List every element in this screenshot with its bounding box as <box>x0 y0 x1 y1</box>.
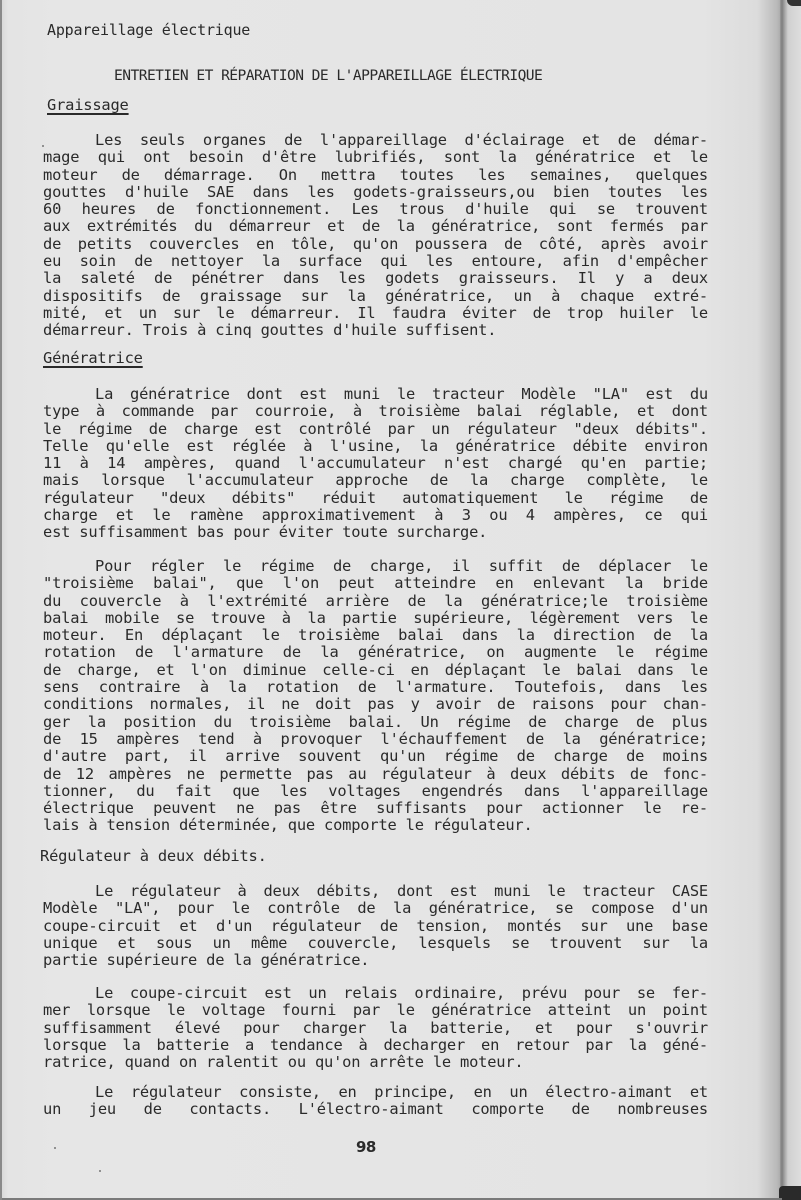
text-line: mais lorsque l'accumulateur approche de … <box>43 472 708 489</box>
paragraph-regulateur-3: Le régulateur consiste, en principe, en … <box>43 1084 708 1119</box>
text-line: Les seuls organes de l'appareillage d'éc… <box>43 132 708 149</box>
text-line: ratrice, quand on ralentit ou qu'on arrê… <box>43 1054 708 1071</box>
text-line: de charge, et l'on diminue celle-ci en d… <box>43 662 708 679</box>
text-line: partie supérieure de la génératrice. <box>43 952 708 969</box>
scan-speck <box>42 145 44 147</box>
text-line: de 12 ampères ne permette pas au régulat… <box>43 766 708 783</box>
text-line: un jeu de contacts. L'électro-aimant com… <box>43 1101 708 1118</box>
text-line: 11 à 14 ampères, quand l'accumulateur n'… <box>43 455 708 472</box>
paragraph-graissage-1: Les seuls organes de l'appareillage d'éc… <box>43 132 708 340</box>
text-line: eu soin de nettoyer la surface qui les e… <box>43 253 708 270</box>
text-line: Le coupe-circuit est un relais ordinaire… <box>43 985 708 1002</box>
scan-corner-bottom <box>779 1186 801 1200</box>
scan-speck <box>99 1170 101 1172</box>
text-line: sens contraire à la rotation de l'armatu… <box>43 679 708 696</box>
text-line: lorsque la batterie a tendance à decharg… <box>43 1037 708 1054</box>
text-line: Le régulateur consiste, en principe, en … <box>43 1084 708 1101</box>
text-line: Modèle "LA", pour le contrôle de la géné… <box>43 900 708 917</box>
text-line: mage qui ont besoin d'être lubrifiés, so… <box>43 149 708 166</box>
section-heading-generatrice: Génératrice <box>43 350 143 367</box>
text-line: est suffisamment bas pour éviter toute s… <box>43 524 708 541</box>
text-line: charge et le ramène approximativement à … <box>43 507 708 524</box>
text-line: électrique peuvent ne pas être suffisant… <box>43 800 708 817</box>
text-line: type à commande par courroie, à troisièm… <box>43 403 708 420</box>
running-header: Appareillage électrique <box>47 22 250 39</box>
text-line: unique et sous un même couvercle, lesque… <box>43 935 708 952</box>
text-line: démarreur. Trois à cinq gouttes d'huile … <box>43 322 708 339</box>
text-line: dispositifs de graissage sur la génératr… <box>43 288 708 305</box>
text-line: coupe-circuit et d'un régulateur de tens… <box>43 918 708 935</box>
text-line: Telle qu'elle est réglée à l'usine, la g… <box>43 438 708 455</box>
text-line: rotation de l'armature de la génératrice… <box>43 644 708 661</box>
text-line: "troisième balai", que l'on peut atteind… <box>43 575 708 592</box>
page-number: 98 <box>356 1138 376 1156</box>
text-line: de 15 ampères tend à provoquer l'échauff… <box>43 731 708 748</box>
text-line: mer lorsque le voltage fourni par le gén… <box>43 1002 708 1019</box>
text-line: lais à tension déterminée, que comporte … <box>43 817 708 834</box>
text-line: gouttes d'huile SAE dans les godets-grai… <box>43 184 708 201</box>
text-line: tionner, du fait que les voltages engend… <box>43 783 708 800</box>
text-line: La génératrice dont est muni le tracteur… <box>43 386 708 403</box>
text-line: aux extrémités du démarreur et de la gén… <box>43 218 708 235</box>
text-line: conditions normales, il ne doit pas y av… <box>43 696 708 713</box>
paragraph-regulateur-1: Le régulateur à deux débits, dont est mu… <box>43 883 708 969</box>
document-page: Appareillage électrique ENTRETIEN ET RÉP… <box>0 0 801 1200</box>
paragraph-generatrice-1: La génératrice dont est muni le tracteur… <box>43 386 708 542</box>
scan-corner-top <box>787 0 801 6</box>
text-line: le régime de charge est contrôlé par un … <box>43 421 708 438</box>
text-line: suffisamment élevé pour charger la batte… <box>43 1020 708 1037</box>
text-line: d'autre part, il arrive souvent qu'un ré… <box>43 748 708 765</box>
paragraph-generatrice-2: Pour régler le régime de charge, il suff… <box>43 558 708 835</box>
paragraph-regulateur-2: Le coupe-circuit est un relais ordinaire… <box>43 985 708 1071</box>
text-line: du couvercle à l'extrémité arrière de la… <box>43 593 708 610</box>
scan-speck <box>54 1147 56 1149</box>
text-line: Le régulateur à deux débits, dont est mu… <box>43 883 708 900</box>
text-line: ger la position du troisième balai. Un r… <box>43 714 708 731</box>
text-line: la saleté de pénétrer dans les godets gr… <box>43 270 708 287</box>
text-line: Pour régler le régime de charge, il suff… <box>43 558 708 575</box>
text-line: de petits couvercles en tôle, qu'on pous… <box>43 236 708 253</box>
text-line: mité, et un sur le démarreur. Il faudra … <box>43 305 708 322</box>
text-line: moteur. En déplaçant le troisième balai … <box>43 627 708 644</box>
page-title: ENTRETIEN ET RÉPARATION DE L'APPAREILLAG… <box>114 67 542 84</box>
text-line: régulateur "deux débits" réduit automati… <box>43 490 708 507</box>
section-heading-graissage: Graissage <box>47 97 129 114</box>
book-spine-shadow <box>780 0 784 1200</box>
text-line: 60 heures de fonctionnement. Les trous d… <box>43 201 708 218</box>
text-line: balai mobile se trouve à la partie supér… <box>43 610 708 627</box>
section-heading-regulateur: Régulateur à deux débits. <box>40 848 267 865</box>
text-line: moteur de démarrage. On mettra toutes le… <box>43 167 708 184</box>
